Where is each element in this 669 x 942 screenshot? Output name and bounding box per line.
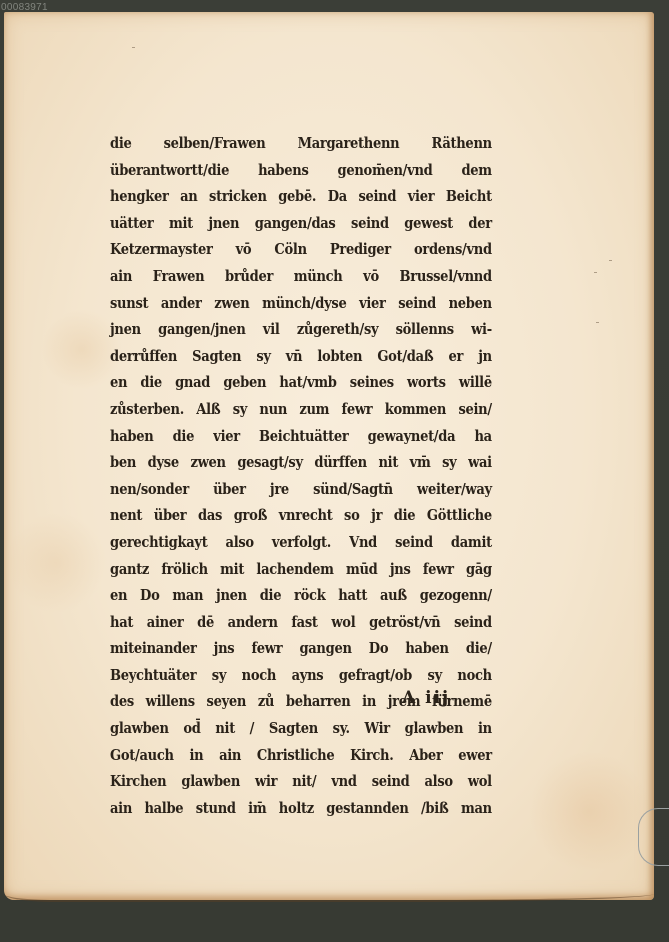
text-line: hengker an stricken gebē. Da seind vier … [110,183,492,210]
paper-speck [132,47,135,48]
text-line: nen/sonder über jre sünd/Sagtn̄ weiter/w… [110,476,492,503]
text-line: Ketzermayster vō Cöln Prediger ordens/vn… [110,236,492,263]
text-line: die selben/Frawen Margarethenn Räthenn [110,130,492,157]
clip-marker [638,808,669,866]
text-line: gantz frölich mit lachendem mūd jns fewr… [110,556,492,583]
text-line: glawben od̄ nit / Sagten sy. Wir glawben… [110,715,492,742]
paper-speck [596,322,599,323]
text-line: Got/auch in ain Christliche Kirch. Aber … [110,742,492,769]
text-line: hat ainer dē andern fast wol getröst/vn̄… [110,609,492,636]
paper-speck [609,260,612,261]
paper-speck [594,272,597,273]
text-line: uätter mit jnen gangen/das seind gewest … [110,210,492,237]
paper-speck [272,724,275,725]
text-line: en die gnad geben hat/vmb seines worts w… [110,369,492,396]
book-page: die selben/Frawen Margarethenn Räthennüb… [4,12,654,900]
scan-frame: 00083971 die selben/Frawen Margarethenn … [0,0,669,942]
text-line: miteinander jns fewr gangen Do haben die… [110,635,492,662]
body-text: die selben/Frawen Margarethenn Räthennüb… [110,130,492,821]
text-line: Kirchen glawben wir nit/ vnd seind also … [110,768,492,795]
text-line: überantwortt/die habens genom̄en/vnd dem [110,157,492,184]
text-line: haben die vier Beichtuätter gewaynet/da … [110,423,492,450]
text-line: derrůffen Sagten sy vn̄ lobten Got/daß e… [110,343,492,370]
text-line: jnen gangen/jnen vil zůgereth/sy söllenn… [110,316,492,343]
text-line: ben dyse zwen gesagt/sy dürffen nit vm̄ … [110,449,492,476]
text-line: ain Frawen brůder münch vō Brussel/vnnd [110,263,492,290]
text-line: en Do man jnen die röck hatt auß gezogen… [110,582,492,609]
text-line: ain halbe stund im̄ holtz gestannden /bi… [110,795,492,822]
text-line: sunst ander zwen münch/dyse vier seind n… [110,290,492,317]
signature-mark: A iij [402,688,450,708]
text-line: nent über das groß vnrecht so jr die Göt… [110,502,492,529]
text-line: Beychtuäter sy noch ayns gefragt/ob sy n… [110,662,492,689]
page-bottom-edge [4,894,654,902]
text-line: gerechtigkayt also verfolgt. Vnd seind d… [110,529,492,556]
text-line: zůsterben. Alß sy nun zum fewr kommen se… [110,396,492,423]
